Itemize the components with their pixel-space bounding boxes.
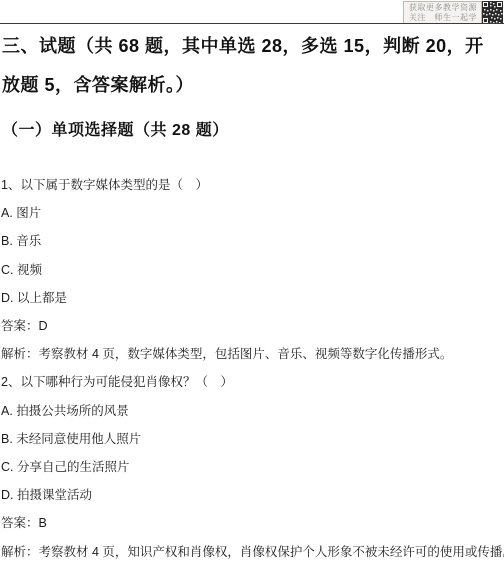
q1-option-b: B. 音乐 [1, 227, 503, 255]
q1-analysis-line: 解析：考察教材 4 页，数字媒体类型，包括图片、音乐、视频等数字化传播形式。 [1, 340, 503, 368]
questions-body: 1、以下属于数字媒体类型的是（ ） A. 图片 B. 音乐 C. 视频 D. 以… [1, 171, 503, 566]
q2-option-b: B. 未经同意使用他人照片 [1, 425, 503, 453]
q1-option-c: C. 视频 [1, 256, 503, 284]
subsection-heading: （一）单项选择题（共 28 题） [2, 121, 229, 141]
q2-answer-line: 答案：B [1, 509, 503, 537]
q1-option-d: D. 以上都是 [1, 284, 503, 312]
document-page: 获取更多教学资源 关注 师生一起学 [0, 0, 504, 572]
q1-option-a: A. 图片 [1, 199, 503, 227]
q2-analysis-line: 解析：考察教材 4 页，知识产权和肖像权，肖像权保护个人形象不被未经许可的使用或… [1, 538, 503, 566]
document-heading: 三、试题（共 68 题，其中单选 28，多选 15，判断 20，开放题 5，含答… [2, 27, 494, 105]
promo-badge-textbox: 获取更多教学资源 关注 师生一起学 [403, 1, 482, 24]
promo-badge-line2: 关注 师生一起学 [409, 13, 477, 23]
promo-badge-line1: 获取更多教学资源 [409, 3, 477, 13]
header-rule [0, 23, 504, 24]
q2-option-c: C. 分享自己的生活照片 [1, 453, 503, 481]
q1-stem: 1、以下属于数字媒体类型的是（ ） [1, 171, 503, 199]
q2-option-d: D. 拍摄课堂活动 [1, 481, 503, 509]
q2-stem: 2、以下哪种行为可能侵犯肖像权？（ ） [1, 368, 503, 396]
qr-code-icon [482, 1, 503, 24]
q2-option-a: A. 拍摄公共场所的风景 [1, 397, 503, 425]
q1-answer-line: 答案：D [1, 312, 503, 340]
promo-badge: 获取更多教学资源 关注 师生一起学 [403, 1, 503, 24]
